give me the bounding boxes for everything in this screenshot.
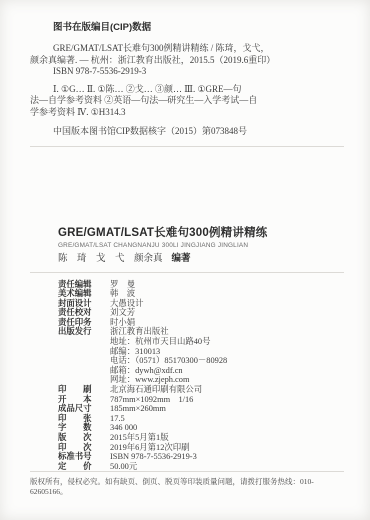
copyright-page: 图书在版编目(CIP)数据 GRE/GMAT/LSAT长难句300例精讲精练 /… bbox=[0, 0, 370, 520]
divider-bottom bbox=[30, 471, 344, 472]
title-block: GRE/GMAT/LSAT长难句300例精讲精练 GRE/GMAT/LSAT C… bbox=[58, 227, 344, 265]
colophon-row: 定 价50.00元 bbox=[58, 462, 344, 472]
colophon-value: ISBN 978-7-5536-2919-3 bbox=[110, 452, 197, 462]
colophon-value: 50.00元 bbox=[110, 462, 137, 472]
colophon-row: 标准书号ISBN 978-7-5536-2919-3 bbox=[58, 452, 344, 462]
colophon-label bbox=[58, 347, 100, 357]
colophon-value: 2019年6月第12次印刷 bbox=[110, 443, 190, 453]
book-title-romanized: GRE/GMAT/LSAT CHANGNANJU 300LI JINGJIANG… bbox=[58, 242, 344, 250]
cip-classification-line: Ⅰ. ①G… Ⅱ. ①陈… ②戈… ③颜… Ⅲ. ①GRE—句 bbox=[30, 84, 344, 96]
cip-classification-line: 学参考资料 Ⅳ. ①H314.3 bbox=[30, 107, 344, 119]
colophon-row: 邮编：310013 bbox=[58, 347, 344, 357]
colophon-value: 地址：杭州市天目山路40号 bbox=[110, 337, 211, 347]
colophon-row: 印 次2019年6月第12次印刷 bbox=[58, 443, 344, 453]
authors-role: 编著 bbox=[172, 253, 191, 264]
colophon-row: 责任印务时小娟 bbox=[58, 318, 344, 328]
book-title: GRE/GMAT/LSAT长难句300例精讲精练 bbox=[58, 227, 344, 240]
cip-classification: Ⅰ. ①G… Ⅱ. ①陈… ②戈… ③颜… Ⅲ. ①GRE—句 法—自学参考资料… bbox=[30, 84, 344, 119]
colophon-row: 开 本787mm×1092mm 1/16 bbox=[58, 395, 344, 405]
colophon-row: 责任校对刘文芳 bbox=[58, 308, 344, 318]
colophon-value: 大愚设计 bbox=[110, 299, 144, 309]
cip-classification-line: 法—自学参考资料 ②英语—句法—研究生—入学考试—自 bbox=[30, 95, 344, 107]
colophon-row: 印 刷北京海石通印刷有限公司 bbox=[58, 385, 344, 395]
colophon-value: 邮箱：dywh@xdf.cn bbox=[110, 366, 183, 376]
colophon-value: 北京海石通印刷有限公司 bbox=[110, 385, 202, 395]
colophon-row: 印 张17.5 bbox=[58, 414, 344, 424]
cip-registry-number: 中国版本图书馆CIP数据核字（2015）第073848号 bbox=[30, 126, 344, 138]
cip-record-line: ISBN 978-7-5536-2919-3 bbox=[30, 66, 344, 78]
divider-top bbox=[30, 146, 344, 147]
cip-record-line: 颜余真编著. — 杭州：浙江教育出版社，2015.5（2019.6重印） bbox=[30, 55, 344, 67]
colophon-label bbox=[58, 337, 100, 347]
colophon-value: 浙江教育出版社 bbox=[110, 327, 169, 337]
colophon-row: 地址：杭州市天目山路40号 bbox=[58, 337, 344, 347]
authors-line: 陈 琦 戈 弋 颜余真编著 bbox=[58, 253, 344, 265]
colophon-value: 17.5 bbox=[110, 414, 125, 424]
colophon-row: 封面设计大愚设计 bbox=[58, 299, 344, 309]
colophon-row: 字 数346 000 bbox=[58, 423, 344, 433]
colophon-value: 罗 曼 bbox=[110, 280, 135, 290]
colophon-value: 787mm×1092mm 1/16 bbox=[110, 395, 193, 405]
colophon-value: 电话：（0571）85170300－80928 bbox=[110, 356, 227, 366]
colophon-row: 邮箱：dywh@xdf.cn bbox=[58, 366, 344, 376]
copyright-notice: 版权所有，侵权必究。如有缺页、倒页、脱页等印装质量问题，请拨打服务热线：010-… bbox=[30, 477, 344, 497]
colophon-label bbox=[58, 356, 100, 366]
divider-middle bbox=[30, 272, 344, 273]
colophon-value: 邮编：310013 bbox=[110, 347, 160, 357]
colophon-label: 出版发行 bbox=[58, 327, 100, 337]
cip-block: 图书在版编目(CIP)数据 GRE/GMAT/LSAT长难句300例精讲精练 /… bbox=[30, 22, 344, 138]
colophon-row: 出版发行浙江教育出版社 bbox=[58, 327, 344, 337]
colophon-label bbox=[58, 366, 100, 376]
cip-record: GRE/GMAT/LSAT长难句300例精讲精练 / 陈琦，戈弋， 颜余真编著.… bbox=[30, 43, 344, 78]
colophon-row: 美术编辑韩 波 bbox=[58, 289, 344, 299]
colophon-value: 2015年5月第1版 bbox=[110, 433, 169, 443]
colophon-label: 定 价 bbox=[58, 462, 100, 472]
colophon-value: 346 000 bbox=[110, 423, 137, 433]
colophon-row: 成品尺寸185mm×260mm bbox=[58, 404, 344, 414]
colophon-row: 网址：www.zjeph.com bbox=[58, 375, 344, 385]
colophon-row: 电话：（0571）85170300－80928 bbox=[58, 356, 344, 366]
colophon-table: 责任编辑罗 曼 美术编辑韩 波 封面设计大愚设计 责任校对刘文芳 责任印务时小娟… bbox=[58, 280, 344, 472]
cip-header: 图书在版编目(CIP)数据 bbox=[30, 22, 344, 34]
colophon-row: 版 次2015年5月第1版 bbox=[58, 433, 344, 443]
colophon-row: 责任编辑罗 曼 bbox=[58, 280, 344, 290]
colophon-value: 185mm×260mm bbox=[110, 404, 166, 414]
colophon-value: 刘文芳 bbox=[110, 308, 135, 318]
author-names: 陈 琦 戈 弋 颜余真 bbox=[58, 254, 163, 264]
colophon-value: 网址：www.zjeph.com bbox=[110, 375, 189, 385]
colophon-value: 韩 波 bbox=[110, 289, 135, 299]
cip-record-line: GRE/GMAT/LSAT长难句300例精讲精练 / 陈琦，戈弋， bbox=[30, 43, 344, 55]
